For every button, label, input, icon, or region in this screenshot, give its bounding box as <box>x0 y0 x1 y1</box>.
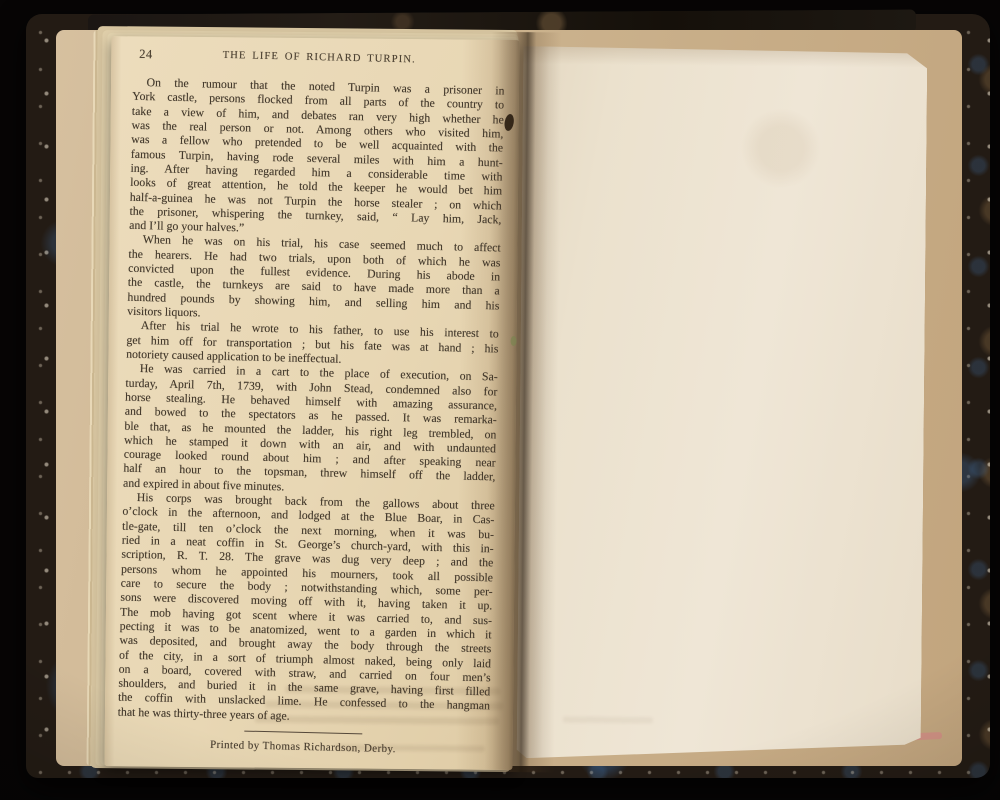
printer-rule <box>244 731 362 735</box>
left-page: 24 THE LIFE OF RICHARD TURPIN. On the ru… <box>104 36 519 770</box>
page-header: 24 THE LIFE OF RICHARD TURPIN. <box>133 47 505 71</box>
running-header: THE LIFE OF RICHARD TURPIN. <box>133 47 505 70</box>
book-photo: 24 THE LIFE OF RICHARD TURPIN. On the ru… <box>76 22 943 780</box>
show-through-text <box>563 717 653 724</box>
colophon: Printed by Thomas Richardson, Derby. <box>117 728 489 759</box>
page-text-lines: On the rumour that the noted Turpin was … <box>118 75 505 728</box>
gutter-shadow <box>484 32 561 773</box>
right-page <box>517 46 928 762</box>
page-number: 24 <box>139 47 153 62</box>
page-text: 24 THE LIFE OF RICHARD TURPIN. On the ru… <box>117 47 505 759</box>
